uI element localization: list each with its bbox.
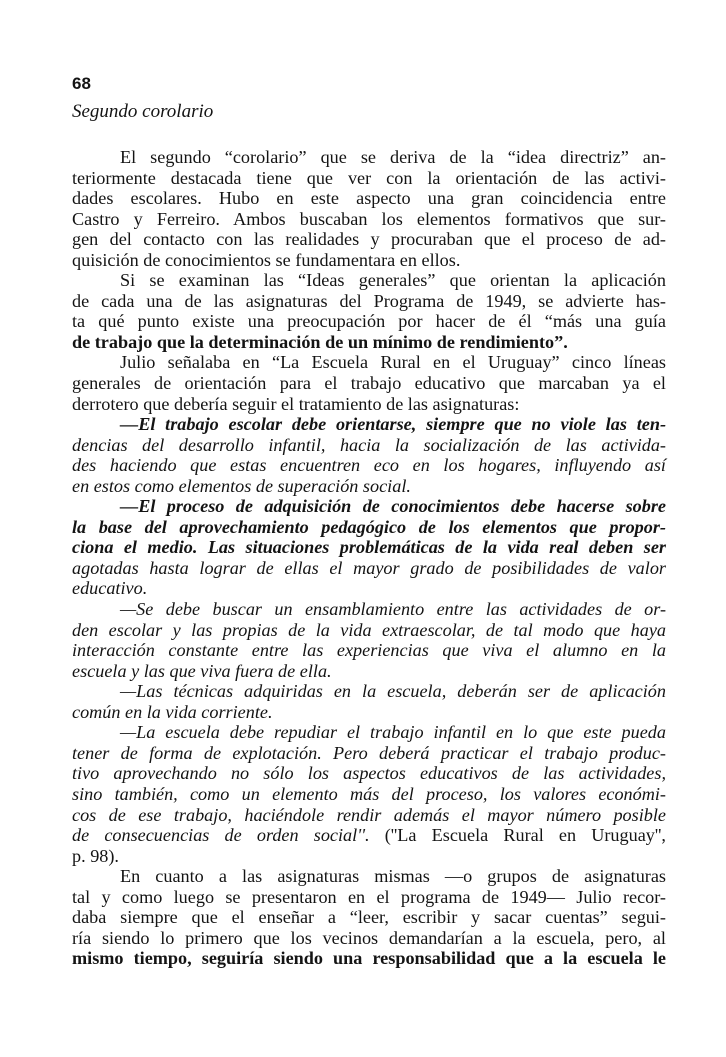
body-text: El segundo “corolario” que se deriva de …: [72, 147, 666, 969]
text-line: de consecuencias de orden social''. (''L…: [72, 825, 666, 846]
text-line: ta qué punto existe una preocupación por…: [72, 311, 666, 332]
text-line: la base del aprovechamiento pedagógico d…: [72, 517, 666, 538]
page-number: 68: [72, 74, 91, 94]
text-line: En cuanto a las asignaturas mismas —o gr…: [72, 866, 666, 887]
text-line: tal y como luego se presentaron en el pr…: [72, 887, 666, 908]
text-line: educativo.: [72, 578, 666, 599]
text-line: des haciendo que estas encuentren eco en…: [72, 455, 666, 476]
text-line: de trabajo que la determinación de un mí…: [72, 332, 666, 353]
text-line: agotadas hasta lograr de ellas el mayor …: [72, 558, 666, 579]
text-line: mismo tiempo, seguiría siendo una respon…: [72, 948, 666, 969]
text-line: Castro y Ferreiro. Ambos buscaban los el…: [72, 209, 666, 230]
text-line: ciona el medio. Las situaciones problemá…: [72, 537, 666, 558]
text-line: p. 98).: [72, 846, 666, 867]
text-line: quisición de conocimientos se fundamenta…: [72, 250, 666, 271]
text-line: tivo aprovechando no sólo los aspectos e…: [72, 763, 666, 784]
text-line: daba siempre que el enseñar a “leer, esc…: [72, 907, 666, 928]
text-line: Julio señalaba en “La Escuela Rural en e…: [72, 352, 666, 373]
text-line: —El proceso de adquisición de conocimien…: [72, 496, 666, 517]
text-line: den escolar y las propias de la vida ext…: [72, 620, 666, 641]
text-line: dencias del desarrollo infantil, hacia l…: [72, 435, 666, 456]
text-line: ría siendo lo primero que los vecinos de…: [72, 928, 666, 949]
text-line: —Las técnicas adquiridas en la escuela, …: [72, 681, 666, 702]
text-line: —Se debe buscar un ensamblamiento entre …: [72, 599, 666, 620]
text-line: sino también, como un elemento más del p…: [72, 784, 666, 805]
section-title: Segundo corolario: [72, 101, 213, 123]
text-line: derrotero que debería seguir el tratamie…: [72, 394, 666, 415]
text-line: común en la vida corriente.: [72, 702, 666, 723]
text-line: teriormente destacada tiene que ver con …: [72, 168, 666, 189]
text-line: Si se examinan las “Ideas generales” que…: [72, 270, 666, 291]
text-line: escuela y las que viva fuera de ella.: [72, 661, 666, 682]
text-line: El segundo “corolario” que se deriva de …: [72, 147, 666, 168]
italic-quote-end: de consecuencias de orden social''.: [72, 825, 370, 845]
text-line: gen del contacto con las realidades y pr…: [72, 229, 666, 250]
text-line: —El trabajo escolar debe orientarse, sie…: [72, 414, 666, 435]
text-line: generales de orientación para el trabajo…: [72, 373, 666, 394]
text-line: de cada una de las asignaturas del Progr…: [72, 291, 666, 312]
text-line: dades escolares. Hubo en este aspecto un…: [72, 188, 666, 209]
text-line: —La escuela debe repudiar el trabajo inf…: [72, 722, 666, 743]
citation: (''La Escuela Rural en Uruguay'',: [370, 825, 666, 845]
text-line: cos de ese trabajo, haciéndole rendir ad…: [72, 805, 666, 826]
text-line: tener de forma de explotación. Pero debe…: [72, 743, 666, 764]
text-line: en estos como elementos de superación so…: [72, 476, 666, 497]
text-line: interacción constante entre las experien…: [72, 640, 666, 661]
